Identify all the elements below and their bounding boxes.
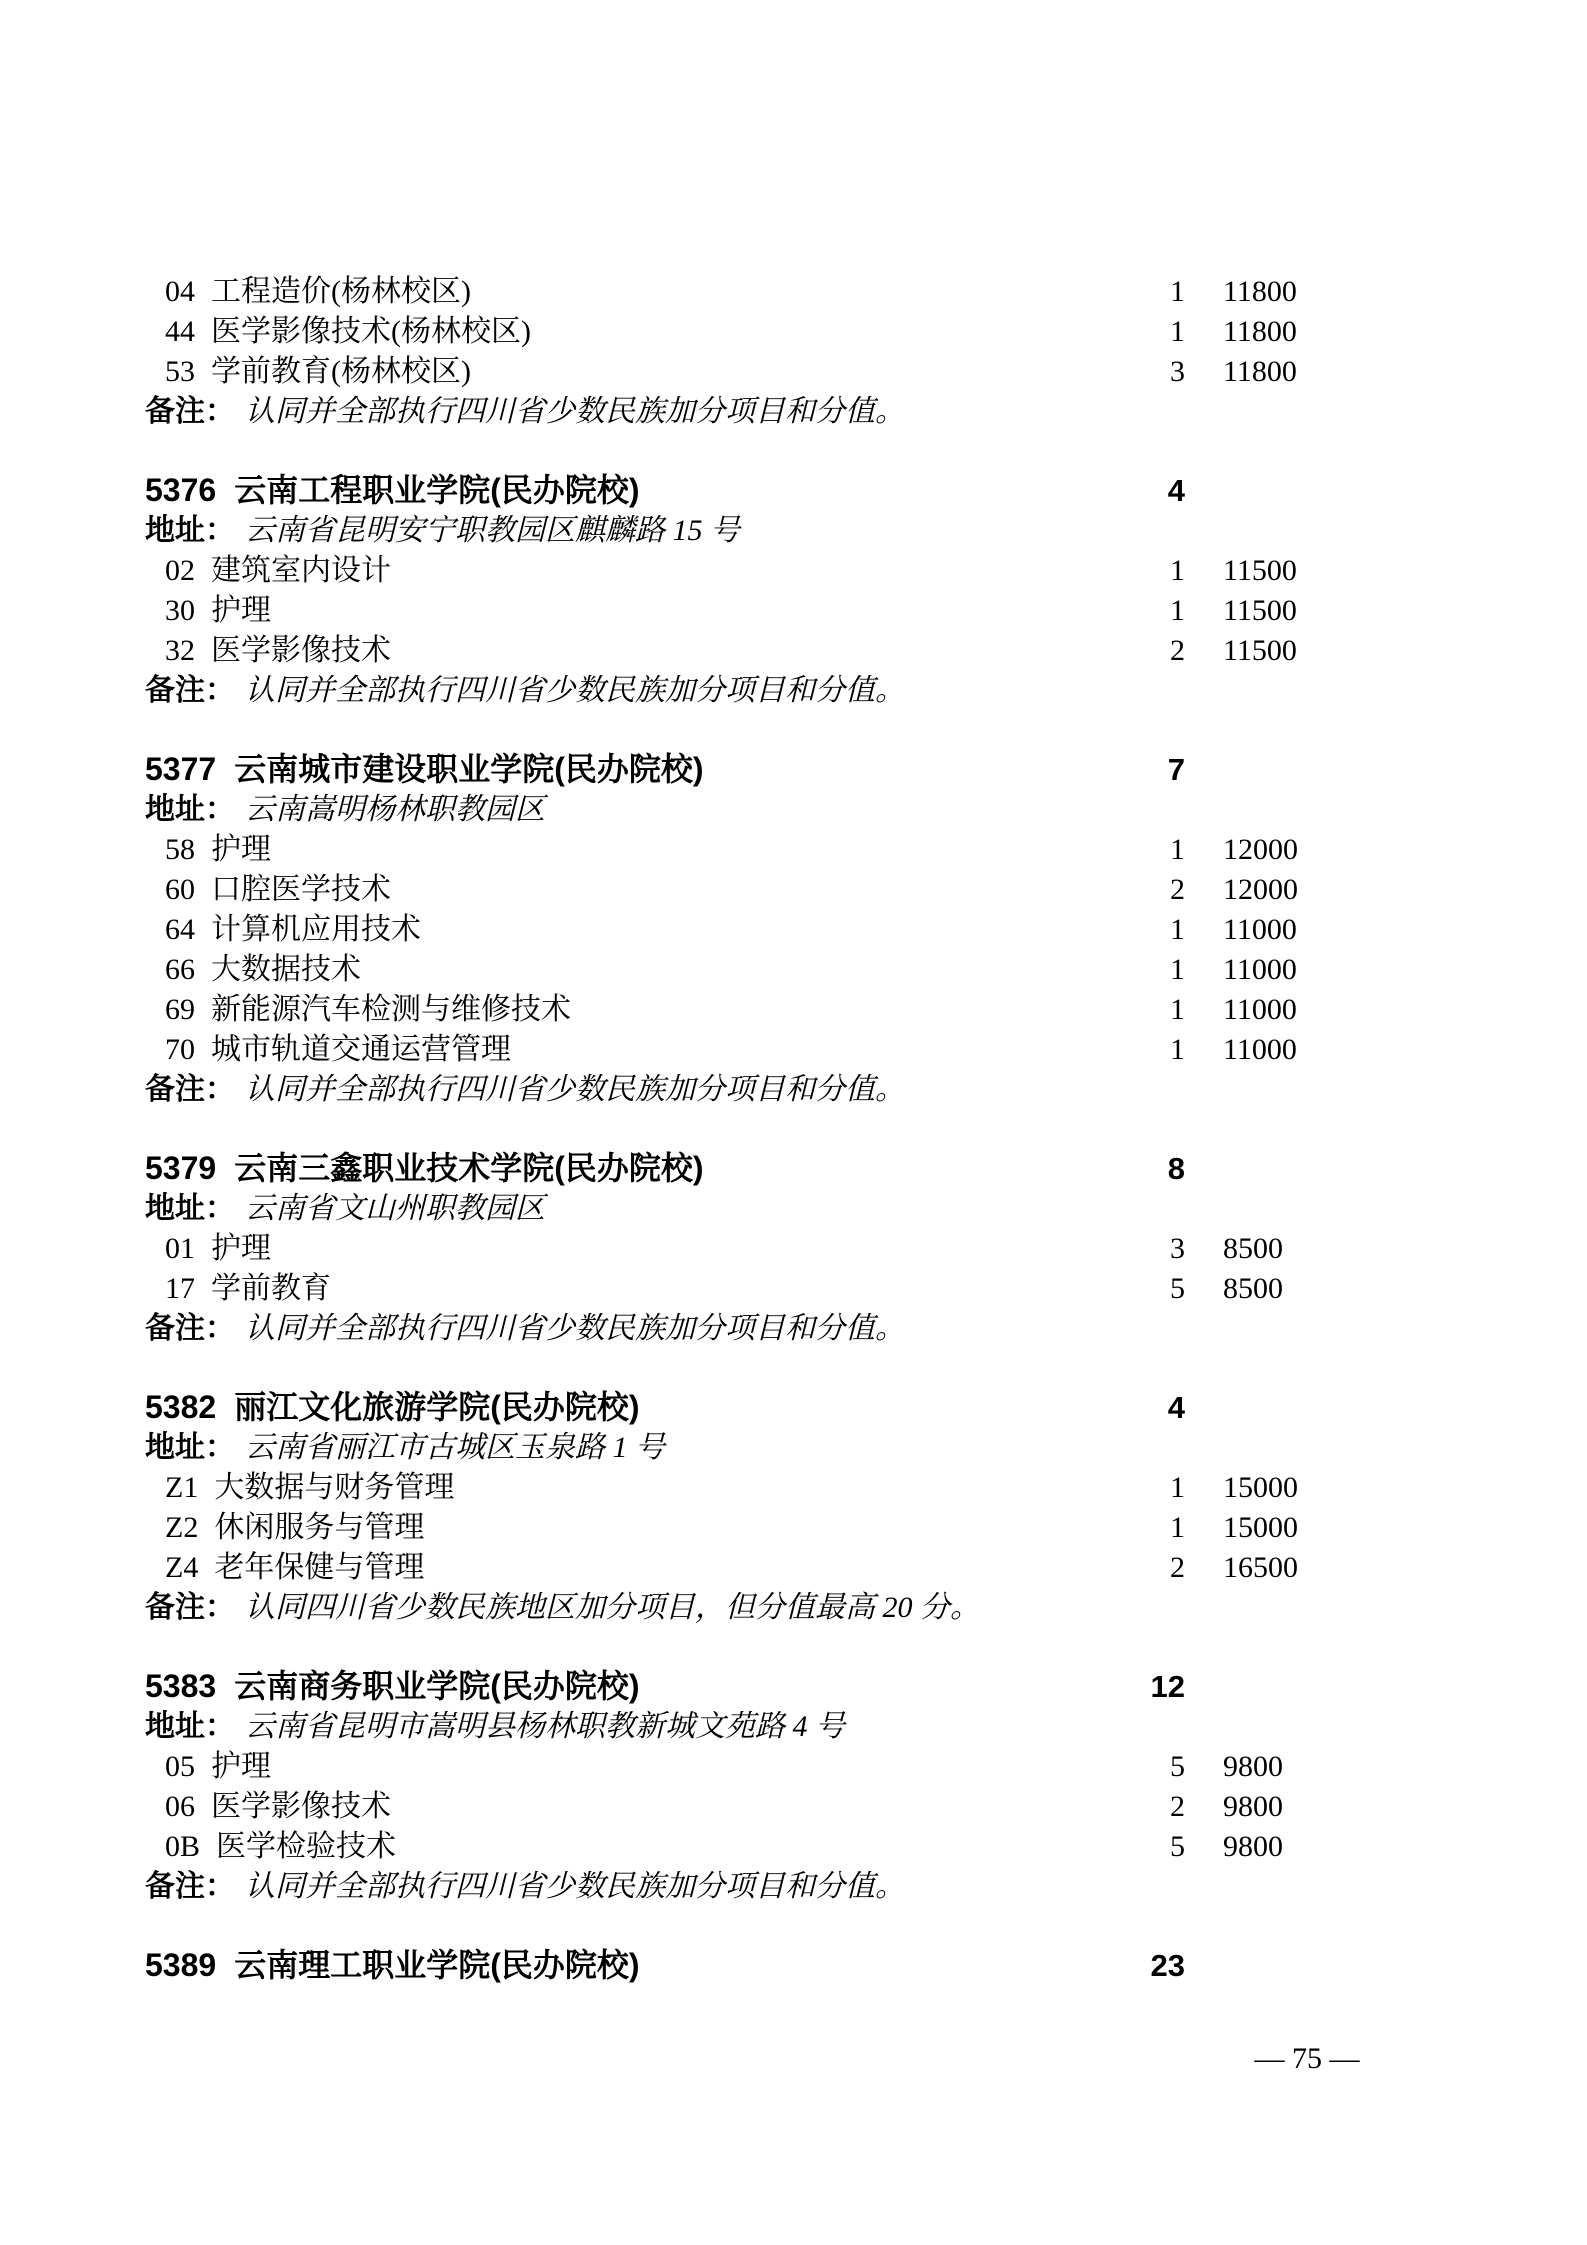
major-name: 新能源汽车检测与维修技术 [211, 993, 571, 1026]
college-code: 5389 [145, 1947, 216, 1983]
college-name: 云南工程职业学院(民办院校) [234, 472, 639, 508]
major-count: 1 [1145, 830, 1185, 870]
major-row: 01护理 3 8500 [145, 1229, 1350, 1269]
document-page-content: 04工程造价(杨林校区) 1 11800 44医学影像技术(杨林校区) 1 11… [145, 272, 1350, 1986]
major-tuition: 15000 [1185, 1508, 1350, 1548]
major-row: 66大数据技术 1 11000 [145, 950, 1350, 990]
major-tuition: 9800 [1185, 1747, 1350, 1787]
college-count: 8 [1145, 1149, 1185, 1189]
major-tuition: 11000 [1185, 1030, 1350, 1070]
major-name: 学前教育 [211, 1272, 331, 1305]
note-label: 备注： [145, 395, 235, 428]
major-row: 0B医学检验技术 5 9800 [145, 1827, 1350, 1867]
major-code: Z4 [165, 1548, 198, 1588]
major-row: Z2休闲服务与管理 1 15000 [145, 1508, 1350, 1548]
major-tuition: 11800 [1185, 272, 1350, 312]
college-name: 云南三鑫职业技术学院(民办院校) [234, 1150, 703, 1186]
major-tuition: 11500 [1185, 551, 1350, 591]
address-label: 地址： [145, 1431, 235, 1464]
note-row: 备注：认同并全部执行四川省少数民族加分项目和分值。 [145, 392, 1350, 432]
major-code: 64 [165, 910, 195, 950]
college-count: 12 [1145, 1667, 1185, 1707]
major-name: 休闲服务与管理 [214, 1511, 424, 1544]
address-label: 地址： [145, 1192, 235, 1225]
note-row: 备注：认同四川省少数民族地区加分项目，但分值最高 20 分。 [145, 1588, 1350, 1628]
major-count: 1 [1145, 272, 1185, 312]
major-row: 32医学影像技术 2 11500 [145, 631, 1350, 671]
college-count: 23 [1145, 1946, 1185, 1986]
college-name: 云南商务职业学院(民办院校) [234, 1668, 639, 1704]
major-count: 1 [1145, 1468, 1185, 1508]
major-code: 01 [165, 1229, 195, 1269]
college-count: 7 [1145, 750, 1185, 790]
major-code: 06 [165, 1787, 195, 1827]
major-count: 5 [1145, 1827, 1185, 1867]
major-count: 2 [1145, 631, 1185, 671]
major-count: 2 [1145, 870, 1185, 910]
major-name: 医学影像技术 [211, 1790, 391, 1823]
major-tuition: 11500 [1185, 591, 1350, 631]
address-text: 云南省昆明安宁职教园区麒麟路 15 号 [245, 514, 740, 547]
major-code: 66 [165, 950, 195, 990]
college-code: 5382 [145, 1389, 216, 1425]
major-count: 3 [1145, 1229, 1185, 1269]
address-row: 地址：云南省昆明安宁职教园区麒麟路 15 号 [145, 511, 1350, 551]
address-text: 云南省昆明市嵩明县杨林职教新城文苑路 4 号 [245, 1710, 845, 1743]
major-name: 老年保健与管理 [214, 1551, 424, 1584]
note-label: 备注： [145, 674, 235, 707]
major-code: Z1 [165, 1468, 198, 1508]
major-code: 53 [165, 352, 195, 392]
major-name: 建筑室内设计 [211, 554, 391, 587]
address-label: 地址： [145, 1710, 235, 1743]
college-section: 5389云南理工职业学院(民办院校) 23 [145, 1945, 1350, 1986]
major-count: 1 [1145, 910, 1185, 950]
college-heading: 5389云南理工职业学院(民办院校) 23 [145, 1945, 1350, 1986]
major-tuition: 15000 [1185, 1468, 1350, 1508]
major-tuition: 16500 [1185, 1548, 1350, 1588]
major-name: 医学影像技术 [211, 634, 391, 667]
major-count: 5 [1145, 1269, 1185, 1309]
major-code: 02 [165, 551, 195, 591]
address-text: 云南省文山州职教园区 [245, 1192, 545, 1225]
major-code: 58 [165, 830, 195, 870]
major-name: 医学影像技术(杨林校区) [211, 315, 531, 348]
note-label: 备注： [145, 1312, 235, 1345]
major-row: 30护理 1 11500 [145, 591, 1350, 631]
college-section: 5383云南商务职业学院(民办院校) 12 地址：云南省昆明市嵩明县杨林职教新城… [145, 1666, 1350, 1907]
college-code: 5377 [145, 751, 216, 787]
address-text: 云南省丽江市古城区玉泉路 1 号 [245, 1431, 665, 1464]
note-row: 备注：认同并全部执行四川省少数民族加分项目和分值。 [145, 671, 1350, 711]
major-name: 学前教育(杨林校区) [211, 355, 471, 388]
major-row: 44医学影像技术(杨林校区) 1 11800 [145, 312, 1350, 352]
major-code: Z2 [165, 1508, 198, 1548]
college-heading: 5377云南城市建设职业学院(民办院校) 7 [145, 749, 1350, 790]
major-name: 医学检验技术 [216, 1830, 396, 1863]
major-tuition: 9800 [1185, 1787, 1350, 1827]
note-text: 认同并全部执行四川省少数民族加分项目和分值。 [245, 1870, 905, 1903]
major-tuition: 12000 [1185, 870, 1350, 910]
college-section: 5377云南城市建设职业学院(民办院校) 7 地址：云南嵩明杨林职教园区 58护… [145, 749, 1350, 1110]
major-name: 城市轨道交通运营管理 [211, 1033, 511, 1066]
college-heading: 5383云南商务职业学院(民办院校) 12 [145, 1666, 1350, 1707]
college-name: 云南城市建设职业学院(民办院校) [234, 751, 703, 787]
major-name: 口腔医学技术 [211, 873, 391, 906]
major-tuition: 11000 [1185, 990, 1350, 1030]
address-text: 云南嵩明杨林职教园区 [245, 793, 545, 826]
address-row: 地址：云南省文山州职教园区 [145, 1189, 1350, 1229]
address-row: 地址：云南嵩明杨林职教园区 [145, 790, 1350, 830]
major-name: 护理 [211, 833, 271, 866]
major-row: 60口腔医学技术 2 12000 [145, 870, 1350, 910]
college-code: 5379 [145, 1150, 216, 1186]
major-code: 32 [165, 631, 195, 671]
major-name: 护理 [211, 1750, 271, 1783]
continuation-block: 04工程造价(杨林校区) 1 11800 44医学影像技术(杨林校区) 1 11… [145, 272, 1350, 432]
note-label: 备注： [145, 1073, 235, 1106]
major-count: 1 [1145, 950, 1185, 990]
address-label: 地址： [145, 793, 235, 826]
major-count: 2 [1145, 1548, 1185, 1588]
college-section: 5379云南三鑫职业技术学院(民办院校) 8 地址：云南省文山州职教园区 01护… [145, 1148, 1350, 1349]
major-tuition: 11500 [1185, 631, 1350, 671]
college-section: 5376云南工程职业学院(民办院校) 4 地址：云南省昆明安宁职教园区麒麟路 1… [145, 470, 1350, 711]
major-row: 64计算机应用技术 1 11000 [145, 910, 1350, 950]
college-heading: 5376云南工程职业学院(民办院校) 4 [145, 470, 1350, 511]
note-label: 备注： [145, 1870, 235, 1903]
college-code: 5383 [145, 1668, 216, 1704]
major-count: 1 [1145, 1508, 1185, 1548]
major-code: 44 [165, 312, 195, 352]
major-name: 护理 [211, 1232, 271, 1265]
note-text: 认同并全部执行四川省少数民族加分项目和分值。 [245, 674, 905, 707]
college-section: 5382丽江文化旅游学院(民办院校) 4 地址：云南省丽江市古城区玉泉路 1 号… [145, 1387, 1350, 1628]
note-row: 备注：认同并全部执行四川省少数民族加分项目和分值。 [145, 1867, 1350, 1907]
address-label: 地址： [145, 514, 235, 547]
page-number: — 75 — [1232, 2042, 1382, 2076]
major-name: 计算机应用技术 [211, 913, 421, 946]
major-name: 大数据与财务管理 [214, 1471, 454, 1504]
major-row: 04工程造价(杨林校区) 1 11800 [145, 272, 1350, 312]
major-tuition: 11000 [1185, 910, 1350, 950]
major-row: Z1大数据与财务管理 1 15000 [145, 1468, 1350, 1508]
major-count: 1 [1145, 990, 1185, 1030]
major-tuition: 11800 [1185, 312, 1350, 352]
note-text: 认同四川省少数民族地区加分项目，但分值最高 20 分。 [245, 1591, 980, 1624]
major-row: 06医学影像技术 2 9800 [145, 1787, 1350, 1827]
college-count: 4 [1145, 1388, 1185, 1428]
major-code: 17 [165, 1269, 195, 1309]
note-label: 备注： [145, 1591, 235, 1624]
major-tuition: 8500 [1185, 1269, 1350, 1309]
major-code: 69 [165, 990, 195, 1030]
major-code: 30 [165, 591, 195, 631]
major-code: 0B [165, 1827, 200, 1867]
major-count: 5 [1145, 1747, 1185, 1787]
major-tuition: 9800 [1185, 1827, 1350, 1867]
major-count: 1 [1145, 312, 1185, 352]
address-row: 地址：云南省丽江市古城区玉泉路 1 号 [145, 1428, 1350, 1468]
note-text: 认同并全部执行四川省少数民族加分项目和分值。 [245, 1312, 905, 1345]
major-row: 69新能源汽车检测与维修技术 1 11000 [145, 990, 1350, 1030]
major-code: 70 [165, 1030, 195, 1070]
major-row: Z4老年保健与管理 2 16500 [145, 1548, 1350, 1588]
college-heading: 5382丽江文化旅游学院(民办院校) 4 [145, 1387, 1350, 1428]
major-count: 2 [1145, 1787, 1185, 1827]
major-row: 02建筑室内设计 1 11500 [145, 551, 1350, 591]
major-code: 60 [165, 870, 195, 910]
major-row: 58护理 1 12000 [145, 830, 1350, 870]
major-tuition: 11800 [1185, 352, 1350, 392]
major-name: 大数据技术 [211, 953, 361, 986]
major-tuition: 12000 [1185, 830, 1350, 870]
note-text: 认同并全部执行四川省少数民族加分项目和分值。 [245, 395, 905, 428]
note-row: 备注：认同并全部执行四川省少数民族加分项目和分值。 [145, 1309, 1350, 1349]
college-name: 云南理工职业学院(民办院校) [234, 1947, 639, 1983]
college-code: 5376 [145, 472, 216, 508]
note-row: 备注：认同并全部执行四川省少数民族加分项目和分值。 [145, 1070, 1350, 1110]
major-row: 05护理 5 9800 [145, 1747, 1350, 1787]
college-name: 丽江文化旅游学院(民办院校) [234, 1389, 639, 1425]
major-name: 工程造价(杨林校区) [211, 275, 471, 308]
note-text: 认同并全部执行四川省少数民族加分项目和分值。 [245, 1073, 905, 1106]
major-tuition: 11000 [1185, 950, 1350, 990]
major-row: 17学前教育 5 8500 [145, 1269, 1350, 1309]
major-count: 3 [1145, 352, 1185, 392]
major-count: 1 [1145, 551, 1185, 591]
major-code: 04 [165, 272, 195, 312]
major-row: 53学前教育(杨林校区) 3 11800 [145, 352, 1350, 392]
major-tuition: 8500 [1185, 1229, 1350, 1269]
college-count: 4 [1145, 471, 1185, 511]
major-count: 1 [1145, 1030, 1185, 1070]
major-code: 05 [165, 1747, 195, 1787]
college-heading: 5379云南三鑫职业技术学院(民办院校) 8 [145, 1148, 1350, 1189]
major-name: 护理 [211, 594, 271, 627]
major-row: 70城市轨道交通运营管理 1 11000 [145, 1030, 1350, 1070]
major-count: 1 [1145, 591, 1185, 631]
address-row: 地址：云南省昆明市嵩明县杨林职教新城文苑路 4 号 [145, 1707, 1350, 1747]
